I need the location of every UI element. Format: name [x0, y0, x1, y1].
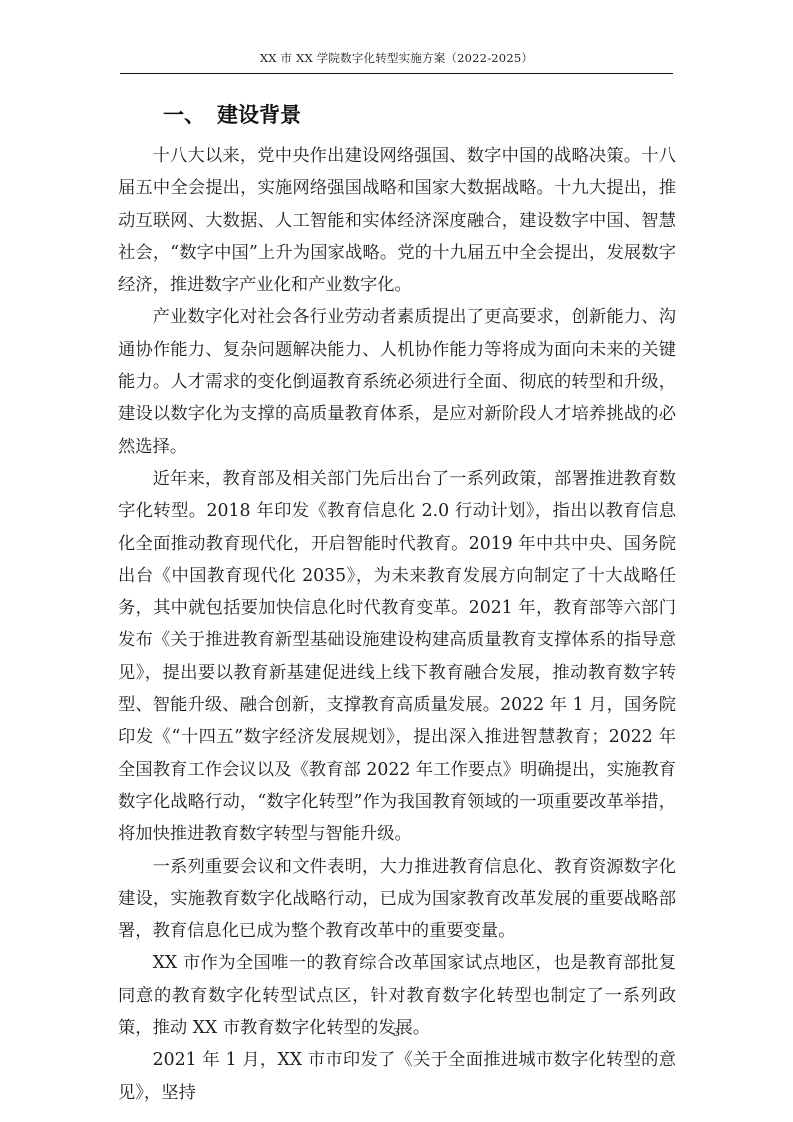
- page-number: 3: [0, 1025, 793, 1039]
- section-heading: 一、建设背景: [163, 100, 301, 130]
- paragraph: 一系列重要会议和文件表明，大力推进教育信息化、教育资源数字化建设，实施教育数字化…: [118, 851, 676, 948]
- body-text: 十八大以来，党中央作出建设网络强国、数字中国的战略决策。十八届五中全会提出，实施…: [118, 140, 676, 1109]
- running-header: XX 市 XX 学院数字化转型实施方案（2022-2025）: [120, 50, 673, 66]
- paragraph: 2021 年 1 月，XX 市市印发了《关于全面推进城市数字化转型的意见》，坚持: [118, 1044, 676, 1109]
- header-divider: [120, 73, 673, 74]
- section-title: 建设背景: [217, 103, 301, 127]
- paragraph: 产业数字化对社会各行业劳动者素质提出了更高要求，创新能力、沟通协作能力、复杂问题…: [118, 301, 676, 462]
- paragraph: 十八大以来，党中央作出建设网络强国、数字中国的战略决策。十八届五中全会提出，实施…: [118, 140, 676, 301]
- section-number: 一、: [163, 100, 217, 130]
- paragraph: 近年来，教育部及相关部门先后出台了一系列政策，部署推进教育数字化转型。2018 …: [118, 463, 676, 851]
